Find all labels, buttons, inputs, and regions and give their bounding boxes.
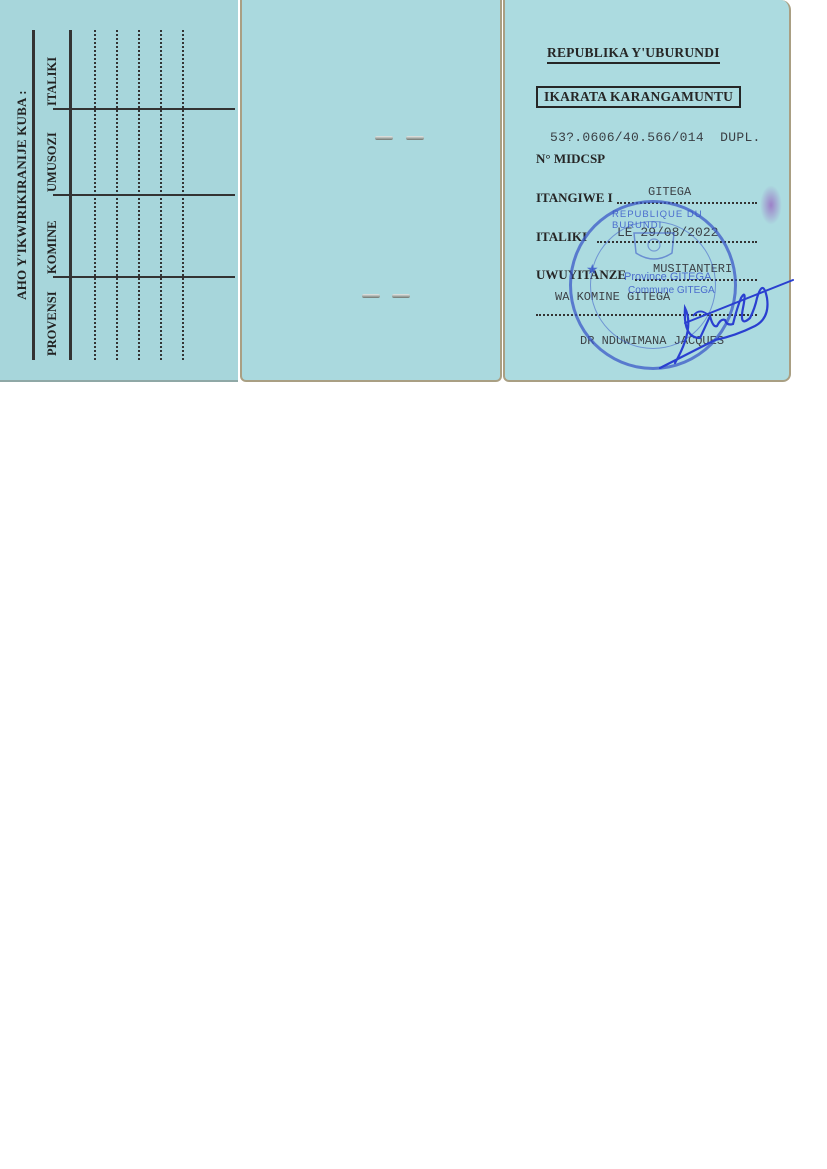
staple-icon — [406, 136, 424, 140]
address-history-title: AHO Y'IKWIRIKIRANIJE KUBA : — [14, 30, 30, 360]
table-row — [138, 30, 140, 360]
column-header-italiki: ITALIKI — [35, 30, 69, 110]
id-card-booklet: AHO Y'IKWIRIKIRANIJE KUBA : PROVENSI KOM… — [0, 0, 790, 384]
serial-value: 53?.0606/40.566/014 — [550, 130, 704, 145]
coat-of-arms-icon — [628, 227, 680, 267]
column-divider — [53, 276, 235, 278]
ink-smudge — [760, 185, 782, 225]
staple-icon — [375, 136, 393, 140]
card-content: REPUBLIKA Y'UBURUNDI IKARATA KARANGAMUNT… — [505, 0, 789, 380]
issued-at-value: GITEGA — [648, 185, 691, 199]
staple-icon — [362, 294, 380, 298]
table-row — [160, 30, 162, 360]
address-history-panel: AHO Y'IKWIRIKIRANIJE KUBA : PROVENSI KOM… — [0, 0, 238, 382]
country-heading: REPUBLIKA Y'UBURUNDI — [547, 45, 720, 64]
table-row — [182, 30, 184, 360]
staple-icon — [392, 294, 410, 298]
number-label: N° MIDCSP — [536, 151, 605, 167]
star-icon: ★ — [586, 261, 599, 278]
column-header-komine: KOMINE — [35, 196, 69, 278]
duplicate-mark: DUPL. — [720, 130, 761, 145]
rotated-address-table: AHO Y'IKWIRIKIRANIJE KUBA : PROVENSI KOM… — [14, 30, 214, 360]
column-header-umusozi: UMUSOZI — [35, 110, 69, 196]
issued-at-label: ITANGIWE I — [536, 190, 613, 206]
signature — [655, 268, 795, 378]
column-divider — [53, 108, 235, 110]
blank-middle-panel — [240, 0, 502, 382]
table-row — [116, 30, 118, 360]
table-row — [94, 30, 96, 360]
column-divider — [53, 194, 235, 196]
serial-number: 53?.0606/40.566/014 DUPL. — [550, 130, 761, 145]
card-title-box: IKARATA KARANGAMUNTU — [536, 86, 741, 108]
identity-card-front: REPUBLIKA Y'UBURUNDI IKARATA KARANGAMUNT… — [503, 0, 791, 382]
address-table-container: AHO Y'IKWIRIKIRANIJE KUBA : PROVENSI KOM… — [14, 30, 214, 360]
column-header-provensi: PROVENSI — [35, 278, 69, 360]
